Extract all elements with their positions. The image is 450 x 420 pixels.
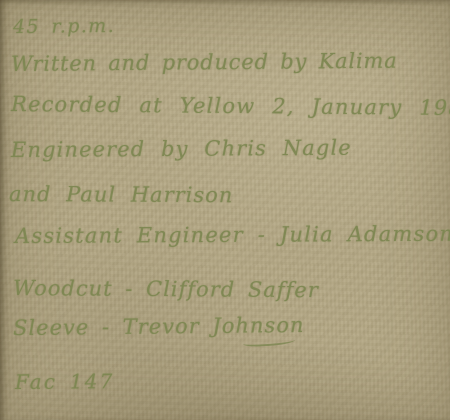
credit-line-engineer-continued: and Paul Harrison [9,182,233,207]
credit-line-sleeve-design: Sleeve - Trevor Johnson [13,313,305,340]
credit-line-engineered-by: Engineered by Chris Nagle [11,136,352,162]
credit-line-woodcut: Woodcut - Clifford Saffer [13,276,319,302]
credit-line-assistant-engineer: Assistant Engineer - Julia Adamson [15,222,450,248]
kraft-paper-sleeve: 45 r.p.m. Written and produced by Kalima… [0,0,450,420]
credit-line-recorded-at: Recorded at Yellow 2, January 1986 [11,92,450,120]
credit-line-rpm: 45 r.p.m. [13,15,115,38]
pen-flourish-underline [243,337,295,348]
credit-line-written-produced: Written and produced by Kalima [11,49,398,76]
credit-line-catalog-number: Fac 147 [15,369,115,394]
